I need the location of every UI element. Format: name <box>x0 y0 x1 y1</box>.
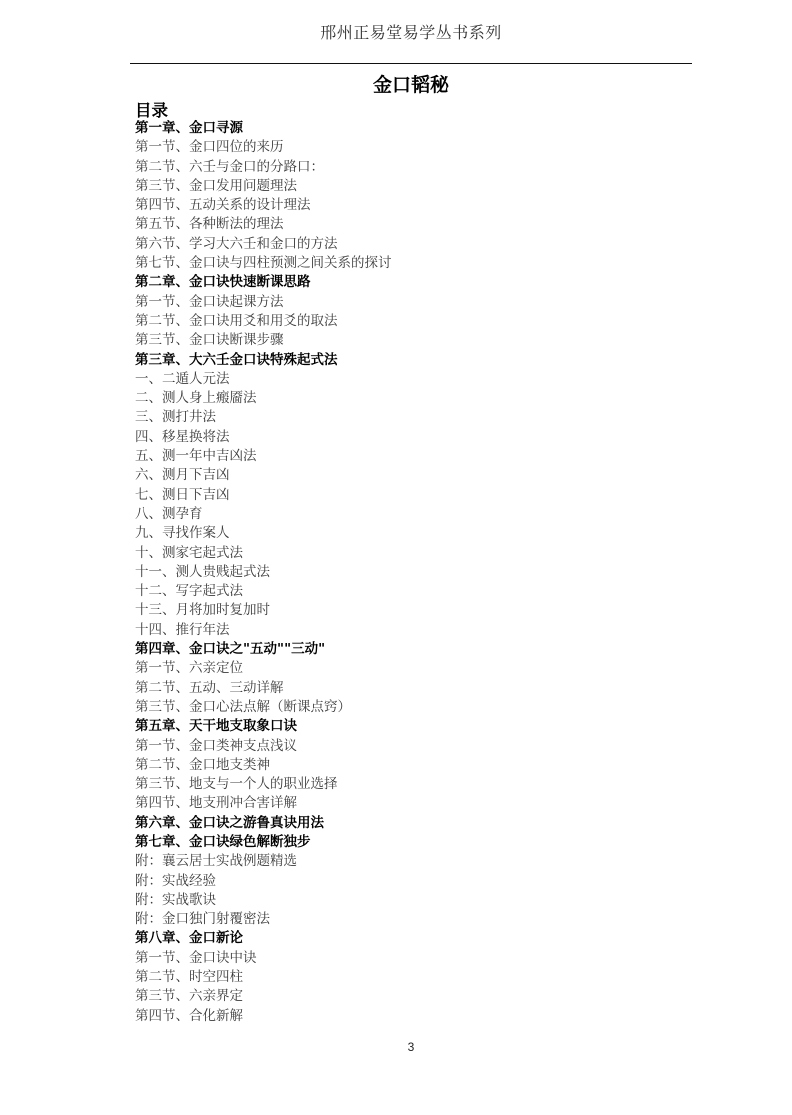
toc-section-entry[interactable]: 第二节、金口地支类神 <box>135 756 392 775</box>
toc-section-entry[interactable]: 附：实战歌诀 <box>135 891 392 910</box>
toc-section-entry[interactable]: 第一节、金口类神支点浅议 <box>135 737 392 756</box>
document-page: 邢州正易堂易学丛书系列 金口韬秘 目录 第一章、金口寻源第一节、金口四位的来历第… <box>0 0 792 1115</box>
toc-section-entry[interactable]: 第六节、学习大六壬和金口的方法 <box>135 235 392 254</box>
toc-section-entry[interactable]: 第三节、六亲界定 <box>135 987 392 1006</box>
toc-section-entry[interactable]: 第二节、时空四柱 <box>135 968 392 987</box>
toc-section-entry[interactable]: 第二节、六壬与金口的分路口： <box>135 158 392 177</box>
toc-section-entry[interactable]: 第一节、六亲定位 <box>135 659 392 678</box>
toc-section-entry[interactable]: 第五节、各种断法的理法 <box>135 215 392 234</box>
toc-section-entry[interactable]: 第三节、金口发用问题理法 <box>135 177 392 196</box>
table-of-contents: 第一章、金口寻源第一节、金口四位的来历第二节、六壬与金口的分路口：第三节、金口发… <box>135 119 392 1026</box>
toc-chapter-entry[interactable]: 第七章、金口诀绿色解断独步 <box>135 833 392 852</box>
toc-chapter-entry[interactable]: 第四章、金口诀之"五动""三动" <box>135 640 392 659</box>
toc-section-entry[interactable]: 第一节、金口诀中诀 <box>135 949 392 968</box>
document-title: 金口韬秘 <box>130 70 692 97</box>
toc-section-entry[interactable]: 七、测日下吉凶 <box>135 486 392 505</box>
toc-section-entry[interactable]: 第四节、地支刑冲合害详解 <box>135 794 392 813</box>
toc-chapter-entry[interactable]: 第二章、金口诀快速断课思路 <box>135 273 392 292</box>
toc-section-entry[interactable]: 附：实战经验 <box>135 872 392 891</box>
toc-section-entry[interactable]: 十三、月将加时复加时 <box>135 601 392 620</box>
toc-section-entry[interactable]: 四、移星换将法 <box>135 428 392 447</box>
toc-section-entry[interactable]: 第三节、地支与一个人的职业选择 <box>135 775 392 794</box>
toc-section-entry[interactable]: 第二节、金口诀用爻和用爻的取法 <box>135 312 392 331</box>
toc-section-entry[interactable]: 十二、写字起式法 <box>135 582 392 601</box>
toc-section-entry[interactable]: 附：金口独门射覆密法 <box>135 910 392 929</box>
toc-section-entry[interactable]: 附：襄云居士实战例题精选 <box>135 852 392 871</box>
toc-section-entry[interactable]: 五、测一年中吉凶法 <box>135 447 392 466</box>
toc-section-entry[interactable]: 第四节、合化新解 <box>135 1007 392 1026</box>
toc-section-entry[interactable]: 六、测月下吉凶 <box>135 466 392 485</box>
toc-section-entry[interactable]: 一、二遁人元法 <box>135 370 392 389</box>
toc-section-entry[interactable]: 第三节、金口诀断课步骤 <box>135 331 392 350</box>
toc-section-entry[interactable]: 十、测家宅起式法 <box>135 544 392 563</box>
toc-section-entry[interactable]: 第一节、金口四位的来历 <box>135 138 392 157</box>
toc-section-entry[interactable]: 第七节、金口诀与四柱预测之间关系的探讨 <box>135 254 392 273</box>
toc-chapter-entry[interactable]: 第一章、金口寻源 <box>135 119 392 138</box>
running-header: 邢州正易堂易学丛书系列 <box>130 20 692 43</box>
toc-section-entry[interactable]: 十一、测人贵贱起式法 <box>135 563 392 582</box>
toc-heading: 目录 <box>135 97 168 121</box>
toc-section-entry[interactable]: 第一节、金口诀起课方法 <box>135 293 392 312</box>
toc-section-entry[interactable]: 九、寻找作案人 <box>135 524 392 543</box>
toc-chapter-entry[interactable]: 第三章、大六壬金口诀特殊起式法 <box>135 351 392 370</box>
toc-chapter-entry[interactable]: 第八章、金口新论 <box>135 929 392 948</box>
toc-section-entry[interactable]: 十四、推行年法 <box>135 621 392 640</box>
page-number: 3 <box>130 1040 692 1054</box>
toc-section-entry[interactable]: 第二节、五动、三动详解 <box>135 679 392 698</box>
toc-section-entry[interactable]: 第四节、五动关系的设计理法 <box>135 196 392 215</box>
toc-chapter-entry[interactable]: 第六章、金口诀之游鲁真诀用法 <box>135 814 392 833</box>
toc-chapter-entry[interactable]: 第五章、天干地支取象口诀 <box>135 717 392 736</box>
toc-section-entry[interactable]: 二、测人身上瘢靥法 <box>135 389 392 408</box>
toc-section-entry[interactable]: 三、测打井法 <box>135 408 392 427</box>
header-divider <box>130 63 692 64</box>
toc-section-entry[interactable]: 八、测孕育 <box>135 505 392 524</box>
toc-section-entry[interactable]: 第三节、金口心法点解（断课点窍） <box>135 698 392 717</box>
